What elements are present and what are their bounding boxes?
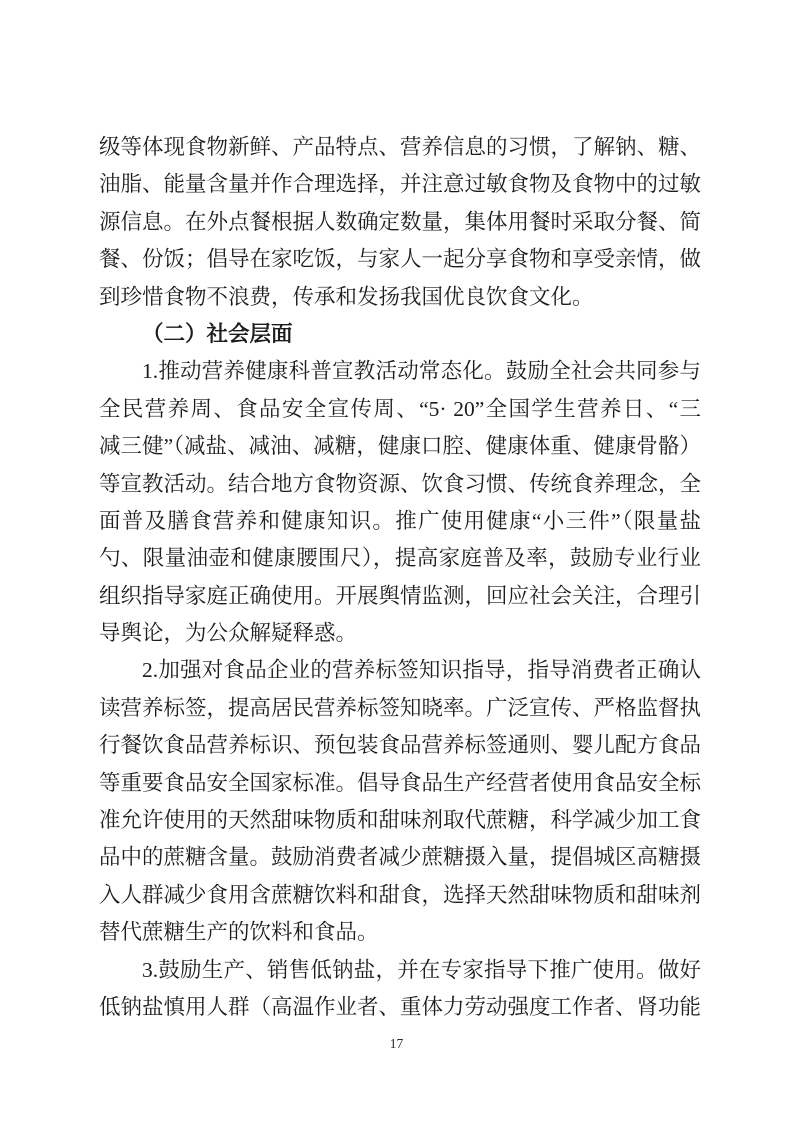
text-line: 等重要食品安全国家标准。倡导食品生产经营者使用食品安全标 <box>99 765 701 802</box>
text-line: 全民营养周、食品安全宣传周、“5· 20”全国学生营养日、“三 <box>99 391 701 428</box>
document-page: 级等体现食物新鲜、产品特点、营养信息的习惯，了解钠、糖、 油脂、能量含量并作合理… <box>0 0 793 1122</box>
section-heading: （二）社会层面 <box>99 316 701 353</box>
text-line: 准允许使用的天然甜味物质和甜味剂取代蔗糖，科学减少加工食 <box>99 802 701 839</box>
text-line: 入人群减少食用含蔗糖饮料和甜食，选择天然甜味物质和甜味剂 <box>99 877 701 914</box>
text-line: 品中的蔗糖含量。鼓励消费者减少蔗糖摄入量，提倡城区高糖摄 <box>99 839 701 876</box>
text-line: 级等体现食物新鲜、产品特点、营养信息的习惯，了解钠、糖、 <box>99 129 701 166</box>
text-line: 到珍惜食物不浪费，传承和发扬我国优良饮食文化。 <box>99 279 701 316</box>
text-line: 勺、限量油壶和健康腰围尺），提高家庭普及率，鼓励专业行业 <box>99 540 701 577</box>
text-line: 组织指导家庭正确使用。开展舆情监测，回应社会关注，合理引 <box>99 578 701 615</box>
text-line: 行餐饮食品营养标识、预包装食品营养标签通则、婴儿配方食品 <box>99 727 701 764</box>
text-line: 低钠盐慎用人群（高温作业者、重体力劳动强度工作者、肾功能 <box>99 989 701 1026</box>
text-line: 减三健”（减盐、减油、减糖，健康口腔、健康体重、健康骨骼） <box>99 428 701 465</box>
document-body: 级等体现食物新鲜、产品特点、营养信息的习惯，了解钠、糖、 油脂、能量含量并作合理… <box>99 129 701 1026</box>
text-line: 油脂、能量含量并作合理选择，并注意过敏食物及食物中的过敏 <box>99 166 701 203</box>
text-line: 替代蔗糖生产的饮料和食品。 <box>99 914 701 951</box>
text-line: 3.鼓励生产、销售低钠盐，并在专家指导下推广使用。做好 <box>99 952 701 989</box>
page-number: 17 <box>0 1036 793 1052</box>
text-line: 等宣教活动。结合地方食物资源、饮食习惯、传统食养理念，全 <box>99 466 701 503</box>
text-line: 源信息。在外点餐根据人数确定数量，集体用餐时采取分餐、简 <box>99 204 701 241</box>
text-line: 2.加强对食品企业的营养标签知识指导，指导消费者正确认 <box>99 652 701 689</box>
text-line: 餐、份饭；倡导在家吃饭，与家人一起分享食物和享受亲情，做 <box>99 241 701 278</box>
text-line: 1.推动营养健康科普宣教活动常态化。鼓励全社会共同参与 <box>99 353 701 390</box>
text-line: 读营养标签，提高居民营养标签知晓率。广泛宣传、严格监督执 <box>99 690 701 727</box>
text-line: 面普及膳食营养和健康知识。推广使用健康“小三件”（限量盐 <box>99 503 701 540</box>
text-line: 导舆论，为公众解疑释惑。 <box>99 615 701 652</box>
